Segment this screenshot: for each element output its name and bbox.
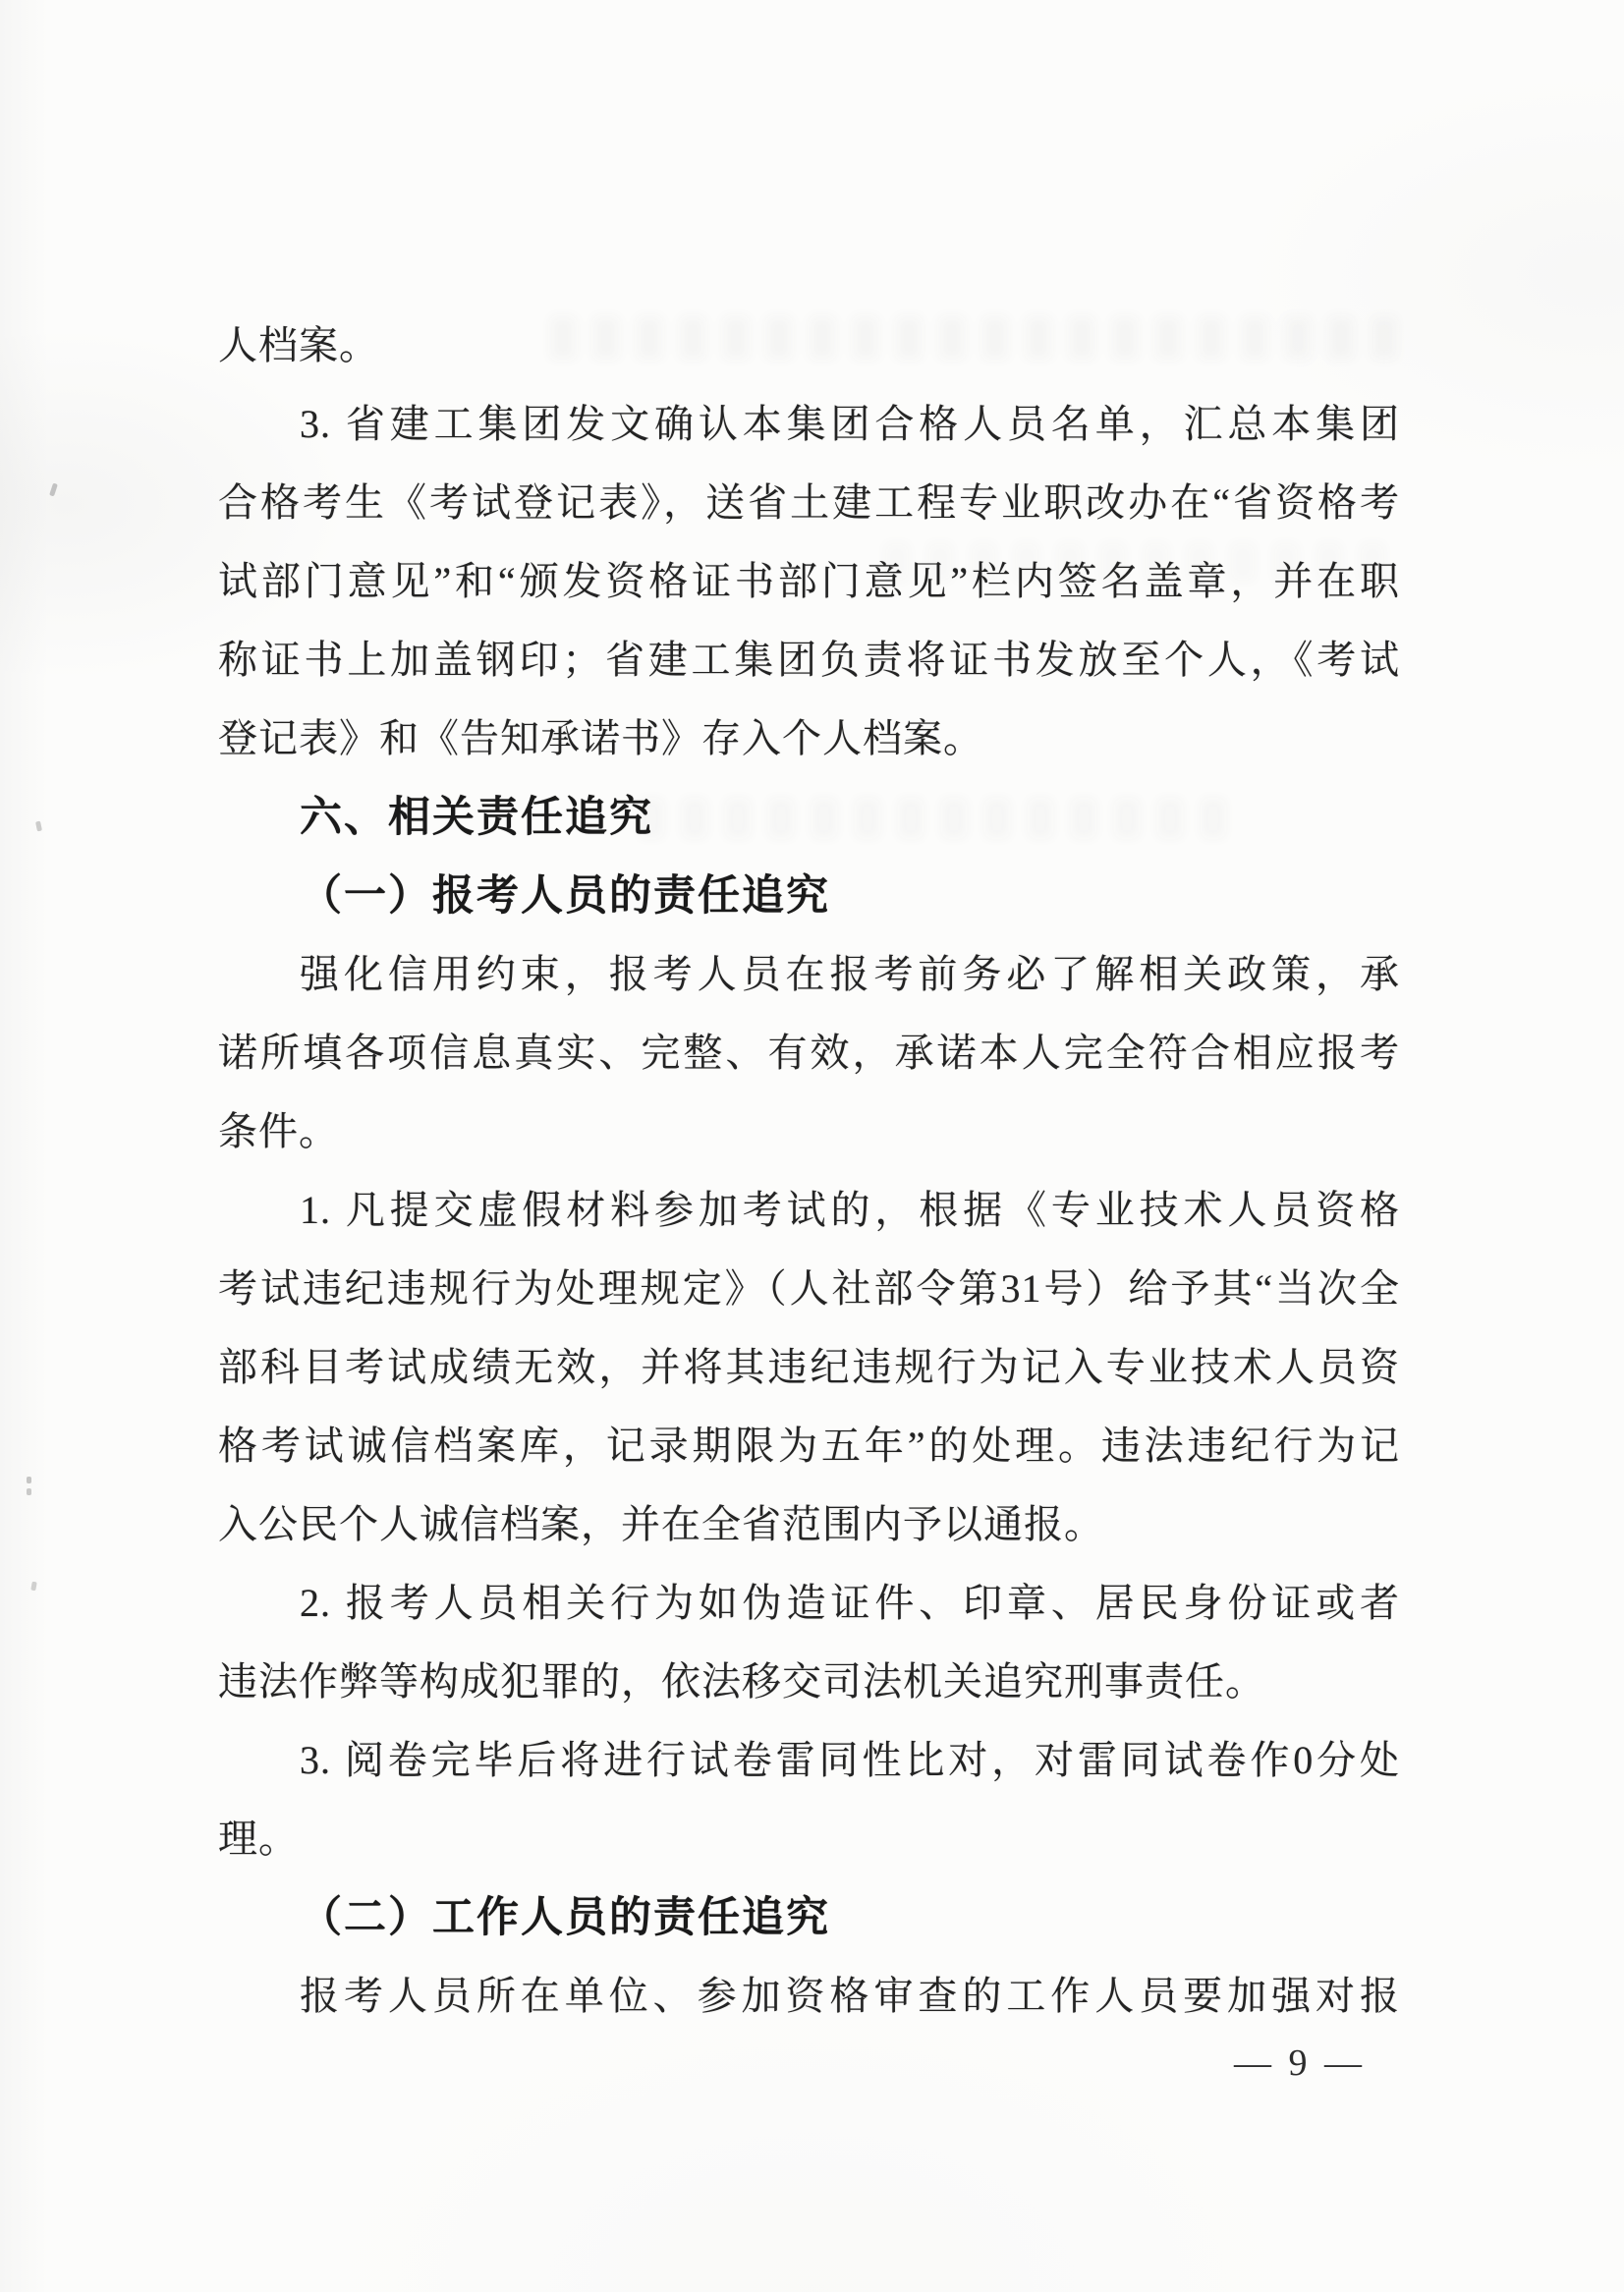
body-text-line: 理。 <box>218 1800 1400 1878</box>
heading-line: （一）报考人员的责任追究 <box>218 857 1400 935</box>
heading-line: 六、相关责任追究 <box>218 778 1400 857</box>
body-text-line: 2. 报考人员相关行为如伪造证件、印章、居民身份证或者 <box>218 1564 1400 1643</box>
body-text-line: 部科目考试成绩无效，并将其违纪违规行为记入专业技术人员资 <box>218 1328 1400 1407</box>
body-text-line: 报考人员所在单位、参加资格审查的工作人员要加强对报 <box>218 1957 1400 2036</box>
body-text-line: 试部门意见”和“颁发资格证书部门意见”栏内签名盖章，并在职 <box>218 542 1400 621</box>
page-number: — 9 — <box>1234 2041 1366 2085</box>
body-text-line: 3. 阅卷完毕后将进行试卷雷同性比对，对雷同试卷作0分处 <box>218 1721 1400 1800</box>
ink-speck <box>27 1477 31 1483</box>
body-text-line: 考试违纪违规行为处理规定》（人社部令第31号）给予其“当次全 <box>218 1250 1400 1328</box>
ink-speck <box>35 821 42 832</box>
body-text-line: 条件。 <box>218 1092 1400 1171</box>
body-text-line: 3. 省建工集团发文确认本集团合格人员名单，汇总本集团 <box>218 385 1400 464</box>
ink-speck <box>49 483 58 497</box>
body-text-line: 1. 凡提交虚假材料参加考试的，根据《专业技术人员资格 <box>218 1171 1400 1250</box>
body-text-line: 登记表》和《告知承诺书》存入个人档案。 <box>218 699 1400 778</box>
body-text-line: 人档案。 <box>218 307 1400 385</box>
body-text-line: 诺所填各项信息真实、完整、有效，承诺本人完全符合相应报考 <box>218 1014 1400 1092</box>
scanned-document-page: 人档案。3. 省建工集团发文确认本集团合格人员名单，汇总本集团合格考生《考试登记… <box>0 0 1624 2292</box>
body-text-line: 违法作弊等构成犯罪的，依法移交司法机关追究刑事责任。 <box>218 1643 1400 1721</box>
body-text-line: 入公民个人诚信档案，并在全省范围内予以通报。 <box>218 1485 1400 1564</box>
body-text-line: 称证书上加盖钢印；省建工集团负责将证书发放至个人，《考试 <box>218 621 1400 699</box>
heading-line: （二）工作人员的责任追究 <box>218 1878 1400 1957</box>
body-text-line: 合格考生《考试登记表》，送省土建工程专业职改办在“省资格考 <box>218 464 1400 542</box>
ink-speck <box>30 1582 36 1592</box>
document-body: 人档案。3. 省建工集团发文确认本集团合格人员名单，汇总本集团合格考生《考试登记… <box>218 307 1400 2036</box>
body-text-line: 强化信用约束，报考人员在报考前务必了解相关政策，承 <box>218 935 1400 1014</box>
body-text-line: 格考试诚信档案库，记录期限为五年”的处理。违法违纪行为记 <box>218 1407 1400 1485</box>
